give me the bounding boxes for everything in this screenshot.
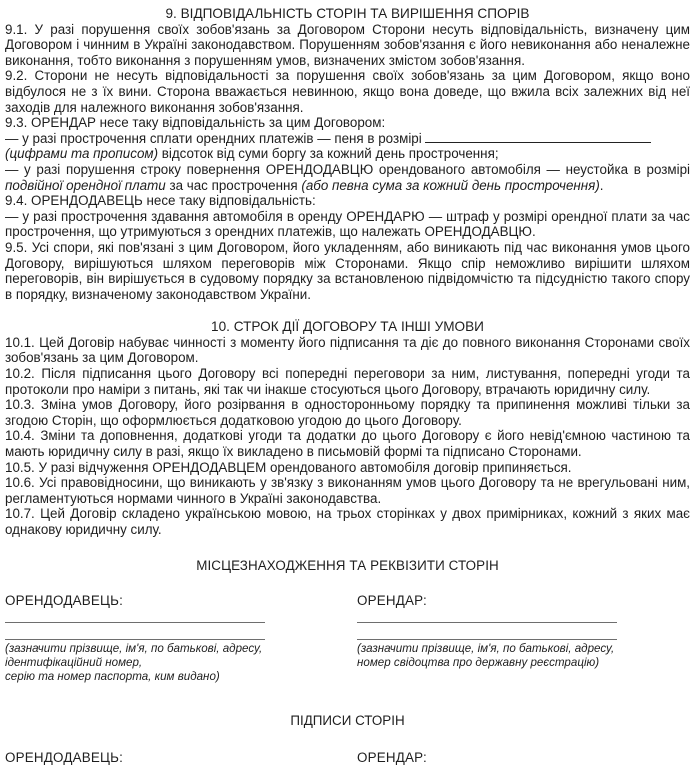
lessee-label: ОРЕНДАР: <box>357 593 690 609</box>
clause-9-4-a: — у разі прострочення здавання автомобіл… <box>5 209 690 240</box>
clause-9-3: 9.3. ОРЕНДАР несе таку відповідальність … <box>5 115 690 131</box>
clause-9-4: 9.4. ОРЕНДОДАВЕЦЬ несе таку відповідальн… <box>5 193 690 209</box>
clause-10-4: 10.4. Зміни та доповнення, додаткові уго… <box>5 428 690 459</box>
clause-10-6: 10.6. Усі правовідносини, що виникають у… <box>5 475 690 506</box>
lessor-signature: ОРЕНДОДАВЕЦЬ: <box>5 750 335 775</box>
lessee-signature-label: ОРЕНДАР: <box>357 750 690 766</box>
lessor-requisites-line-1[interactable] <box>5 622 265 623</box>
lessee-requisites: ОРЕНДАР: (зазначити прізвище, ім'я, по б… <box>335 593 690 684</box>
lessor-label: ОРЕНДОДАВЕЦЬ: <box>5 593 335 609</box>
lessee-signature: ОРЕНДАР: <box>335 750 690 775</box>
lessor-requisites: ОРЕНДОДАВЕЦЬ: (зазначити прізвище, ім'я,… <box>5 593 335 684</box>
requisites-title: МІСЦЕЗНАХОДЖЕННЯ ТА РЕКВІЗИТИ СТОРІН <box>5 558 690 574</box>
clause-10-2: 10.2. Після підписання цього Договору вс… <box>5 366 690 397</box>
lessor-hint-line: (зазначити прізвище, ім'я, по батькові, … <box>5 642 335 656</box>
clause-9-5: 9.5. Усі спори, які пов'язані з цим Дого… <box>5 240 690 302</box>
signatures-columns: ОРЕНДОДАВЕЦЬ: ОРЕНДАР: <box>5 750 690 775</box>
lessee-hint-line: (зазначити прізвище, ім'я, по батькові, … <box>357 642 690 656</box>
clause-10-7: 10.7. Цей Договір складено українською м… <box>5 506 690 537</box>
clause-9-3-b-hint: (або певна сума за кожний день простроче… <box>301 178 599 193</box>
clause-9-3-b: — у разі порушення строку повернення ОРЕ… <box>5 162 690 193</box>
clause-9-1: 9.1. У разі порушення своїх зобов'язань … <box>5 22 690 69</box>
clause-9-3-a: — у разі прострочення сплати орендних пл… <box>5 131 690 162</box>
clause-9-3-b-prefix: — у разі порушення строку повернення ОРЕ… <box>5 162 690 177</box>
lessee-hint-line: номер свідоцтва про державну реєстрацію) <box>357 656 690 670</box>
clause-9-3-b-italic: подвійної орендної плати <box>5 178 166 193</box>
contract-page: 9. ВІДПОВІДАЛЬНІСТЬ СТОРІН ТА ВИРІШЕННЯ … <box>0 0 695 775</box>
section-9-title: 9. ВІДПОВІДАЛЬНІСТЬ СТОРІН ТА ВИРІШЕННЯ … <box>5 6 690 22</box>
lessee-requisites-line-2[interactable] <box>357 639 617 640</box>
signatures-title: ПІДПИСИ СТОРІН <box>5 713 690 729</box>
penalty-rate-blank[interactable] <box>425 131 651 143</box>
clause-9-3-a-suffix: відсоток від суми боргу за кожний день п… <box>158 146 499 161</box>
clause-9-3-a-hint: (цифрами та прописом) <box>5 146 158 161</box>
clause-9-3-b-end: . <box>600 178 604 193</box>
section-10-title: 10. СТРОК ДІЇ ДОГОВОРУ ТА ІНШІ УМОВИ <box>5 319 690 335</box>
lessor-hint-line: ідентифікаційний номер, <box>5 656 335 670</box>
clause-9-3-a-prefix: — у разі прострочення сплати орендних пл… <box>5 131 422 146</box>
clause-10-5: 10.5. У разі відчуження ОРЕНДОДАВЦЕМ оре… <box>5 460 690 476</box>
clause-9-3-b-middle: за час прострочення <box>166 178 302 193</box>
clause-10-3: 10.3. Зміна умов Договору, його розірван… <box>5 397 690 428</box>
lessor-hint-line: серію та номер паспорта, ким видано) <box>5 670 335 684</box>
lessor-requisites-hint: (зазначити прізвище, ім'я, по батькові, … <box>5 642 335 685</box>
lessor-requisites-line-2[interactable] <box>5 639 265 640</box>
requisites-columns: ОРЕНДОДАВЕЦЬ: (зазначити прізвище, ім'я,… <box>5 593 690 684</box>
clause-9-2: 9.2. Сторони не несуть відповідальності … <box>5 68 690 115</box>
lessee-requisites-line-1[interactable] <box>357 622 617 623</box>
clause-10-1: 10.1. Цей Договір набуває чинності з мом… <box>5 335 690 366</box>
lessee-requisites-hint: (зазначити прізвище, ім'я, по батькові, … <box>357 642 690 670</box>
lessor-signature-label: ОРЕНДОДАВЕЦЬ: <box>5 750 335 766</box>
